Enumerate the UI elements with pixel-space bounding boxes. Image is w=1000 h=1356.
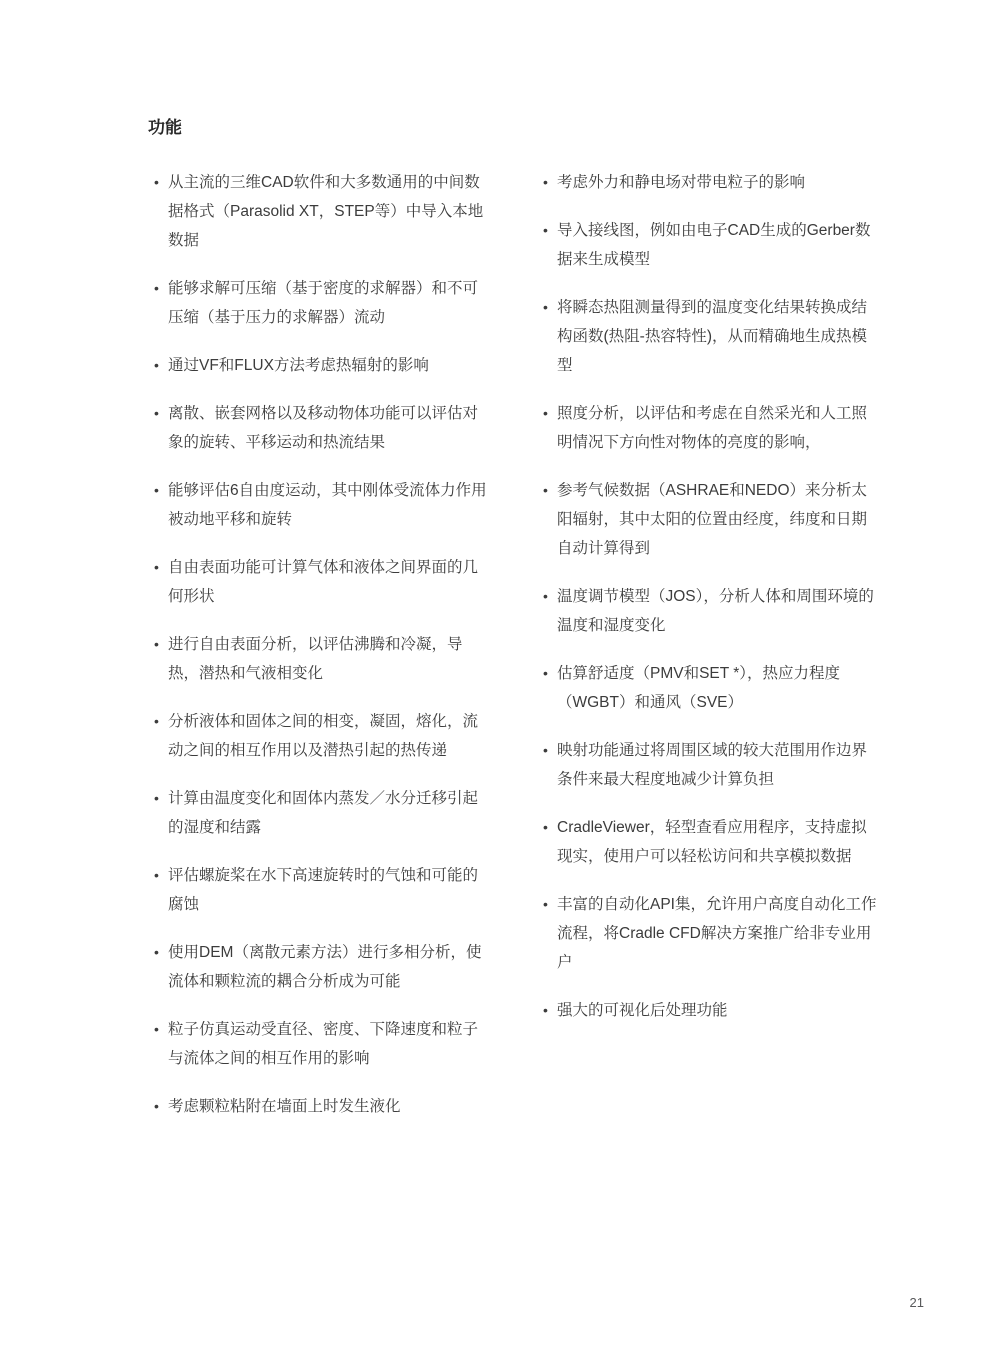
list-item: •强大的可视化后处理功能 — [543, 996, 880, 1025]
feature-text: 自由表面功能可计算气体和液体之间界面的几何形状 — [168, 559, 478, 605]
bullet-icon: • — [543, 582, 548, 611]
feature-text: 粒子仿真运动受直径、密度、下降速度和粒子与流体之间的相互作用的影响 — [168, 1021, 478, 1067]
list-item: •从主流的三维CAD软件和大多数通用的中间数据格式（Parasolid XT，S… — [154, 168, 491, 255]
bullet-icon: • — [154, 168, 159, 197]
list-item: •估算舒适度（PMV和SET *），热应力程度（WGBT）和通风（SVE） — [543, 659, 880, 717]
list-item: •计算由温度变化和固体内蒸发／水分迁移引起的湿度和结露 — [154, 784, 491, 842]
list-item: •CradleViewer，轻型查看应用程序，支持虚拟现实，使用户可以轻松访问和… — [543, 813, 880, 871]
bullet-icon: • — [154, 707, 159, 736]
feature-text: 进行自由表面分析，以评估沸腾和冷凝，导热，潜热和气液相变化 — [168, 636, 463, 682]
list-item: •粒子仿真运动受直径、密度、下降速度和粒子与流体之间的相互作用的影响 — [154, 1015, 491, 1073]
bullet-icon: • — [154, 938, 159, 967]
list-item: •温度调节模型（JOS），分析人体和周围环境的温度和湿度变化 — [543, 582, 880, 640]
feature-text: 考虑外力和静电场对带电粒子的影响 — [557, 174, 805, 191]
feature-text: 使用DEM（离散元素方法）进行多相分析，使流体和颗粒流的耦合分析成为可能 — [168, 944, 481, 990]
bullet-icon: • — [543, 168, 548, 197]
bullet-icon: • — [154, 861, 159, 890]
feature-text: 导入接线图，例如由电子CAD生成的Gerber数据来生成模型 — [557, 222, 870, 268]
page-content: 功能 •从主流的三维CAD软件和大多数通用的中间数据格式（Parasolid X… — [148, 116, 888, 1140]
left-column: •从主流的三维CAD软件和大多数通用的中间数据格式（Parasolid XT，S… — [148, 168, 491, 1140]
list-item: •分析液体和固体之间的相变，凝固，熔化，流动之间的相互作用以及潜热引起的热传递 — [154, 707, 491, 765]
list-item: •将瞬态热阻测量得到的温度变化结果转换成结构函数(热阻-热容特性)，从而精确地生… — [543, 293, 880, 380]
bullet-icon: • — [154, 630, 159, 659]
feature-text: 照度分析，以评估和考虑在自然采光和人工照明情况下方向性对物体的亮度的影响， — [557, 405, 867, 451]
bullet-icon: • — [154, 784, 159, 813]
feature-text: 分析液体和固体之间的相变，凝固，熔化，流动之间的相互作用以及潜热引起的热传递 — [168, 713, 478, 759]
list-item: •自由表面功能可计算气体和液体之间界面的几何形状 — [154, 553, 491, 611]
feature-text: 温度调节模型（JOS），分析人体和周围环境的温度和湿度变化 — [557, 588, 874, 634]
page-number: 21 — [910, 1294, 924, 1312]
list-item: •能够评估6自由度运动，其中刚体受流体力作用被动地平移和旋转 — [154, 476, 491, 534]
two-column-layout: •从主流的三维CAD软件和大多数通用的中间数据格式（Parasolid XT，S… — [148, 168, 888, 1140]
page-title: 功能 — [148, 116, 888, 140]
feature-text: 丰富的自动化API集，允许用户高度自动化工作流程，将Cradle CFD解决方案… — [557, 896, 877, 971]
list-item: •考虑外力和静电场对带电粒子的影响 — [543, 168, 880, 197]
bullet-icon: • — [543, 216, 548, 245]
feature-text: 参考气候数据（ASHRAE和NEDO）来分析太阳辐射，其中太阳的位置由经度，纬度… — [557, 482, 867, 557]
feature-text: 离散、嵌套网格以及移动物体功能可以评估对象的旋转、平移运动和热流结果 — [168, 405, 478, 451]
feature-text: 估算舒适度（PMV和SET *），热应力程度（WGBT）和通风（SVE） — [557, 665, 840, 711]
list-item: •丰富的自动化API集，允许用户高度自动化工作流程，将Cradle CFD解决方… — [543, 890, 880, 977]
bullet-icon: • — [154, 1015, 159, 1044]
document-page: 功能 •从主流的三维CAD软件和大多数通用的中间数据格式（Parasolid X… — [0, 0, 1000, 1356]
feature-text: 强大的可视化后处理功能 — [557, 1002, 728, 1019]
bullet-icon: • — [543, 813, 548, 842]
bullet-icon: • — [543, 996, 548, 1025]
bullet-icon: • — [543, 293, 548, 322]
feature-list-right: •考虑外力和静电场对带电粒子的影响 •导入接线图，例如由电子CAD生成的Gerb… — [537, 168, 880, 1025]
feature-list-left: •从主流的三维CAD软件和大多数通用的中间数据格式（Parasolid XT，S… — [148, 168, 491, 1121]
list-item: •导入接线图，例如由电子CAD生成的Gerber数据来生成模型 — [543, 216, 880, 274]
feature-text: 考虑颗粒粘附在墙面上时发生液化 — [168, 1098, 401, 1115]
feature-text: 计算由温度变化和固体内蒸发／水分迁移引起的湿度和结露 — [168, 790, 478, 836]
list-item: •映射功能通过将周围区域的较大范围用作边界条件来最大程度地减少计算负担 — [543, 736, 880, 794]
bullet-icon: • — [543, 476, 548, 505]
bullet-icon: • — [154, 274, 159, 303]
list-item: •通过VF和FLUX方法考虑热辐射的影响 — [154, 351, 491, 380]
feature-text: 映射功能通过将周围区域的较大范围用作边界条件来最大程度地减少计算负担 — [557, 742, 867, 788]
bullet-icon: • — [543, 890, 548, 919]
feature-text: 将瞬态热阻测量得到的温度变化结果转换成结构函数(热阻-热容特性)，从而精确地生成… — [557, 299, 867, 374]
bullet-icon: • — [154, 351, 159, 380]
feature-text: CradleViewer，轻型查看应用程序，支持虚拟现实，使用户可以轻松访问和共… — [557, 819, 867, 865]
feature-text: 评估螺旋桨在水下高速旋转时的气蚀和可能的腐蚀 — [168, 867, 478, 913]
list-item: •使用DEM（离散元素方法）进行多相分析，使流体和颗粒流的耦合分析成为可能 — [154, 938, 491, 996]
list-item: •进行自由表面分析，以评估沸腾和冷凝，导热，潜热和气液相变化 — [154, 630, 491, 688]
feature-text: 通过VF和FLUX方法考虑热辐射的影响 — [168, 357, 429, 374]
list-item: •考虑颗粒粘附在墙面上时发生液化 — [154, 1092, 491, 1121]
list-item: •离散、嵌套网格以及移动物体功能可以评估对象的旋转、平移运动和热流结果 — [154, 399, 491, 457]
list-item: •能够求解可压缩（基于密度的求解器）和不可压缩（基于压力的求解器）流动 — [154, 274, 491, 332]
bullet-icon: • — [154, 399, 159, 428]
right-column: •考虑外力和静电场对带电粒子的影响 •导入接线图，例如由电子CAD生成的Gerb… — [537, 168, 880, 1044]
feature-text: 从主流的三维CAD软件和大多数通用的中间数据格式（Parasolid XT，ST… — [168, 174, 483, 249]
list-item: •照度分析，以评估和考虑在自然采光和人工照明情况下方向性对物体的亮度的影响， — [543, 399, 880, 457]
feature-text: 能够评估6自由度运动，其中刚体受流体力作用被动地平移和旋转 — [168, 482, 487, 528]
bullet-icon: • — [543, 659, 548, 688]
list-item: •参考气候数据（ASHRAE和NEDO）来分析太阳辐射，其中太阳的位置由经度，纬… — [543, 476, 880, 563]
bullet-icon: • — [543, 399, 548, 428]
bullet-icon: • — [154, 1092, 159, 1121]
list-item: •评估螺旋桨在水下高速旋转时的气蚀和可能的腐蚀 — [154, 861, 491, 919]
bullet-icon: • — [154, 476, 159, 505]
feature-text: 能够求解可压缩（基于密度的求解器）和不可压缩（基于压力的求解器）流动 — [168, 280, 478, 326]
bullet-icon: • — [543, 736, 548, 765]
bullet-icon: • — [154, 553, 159, 582]
